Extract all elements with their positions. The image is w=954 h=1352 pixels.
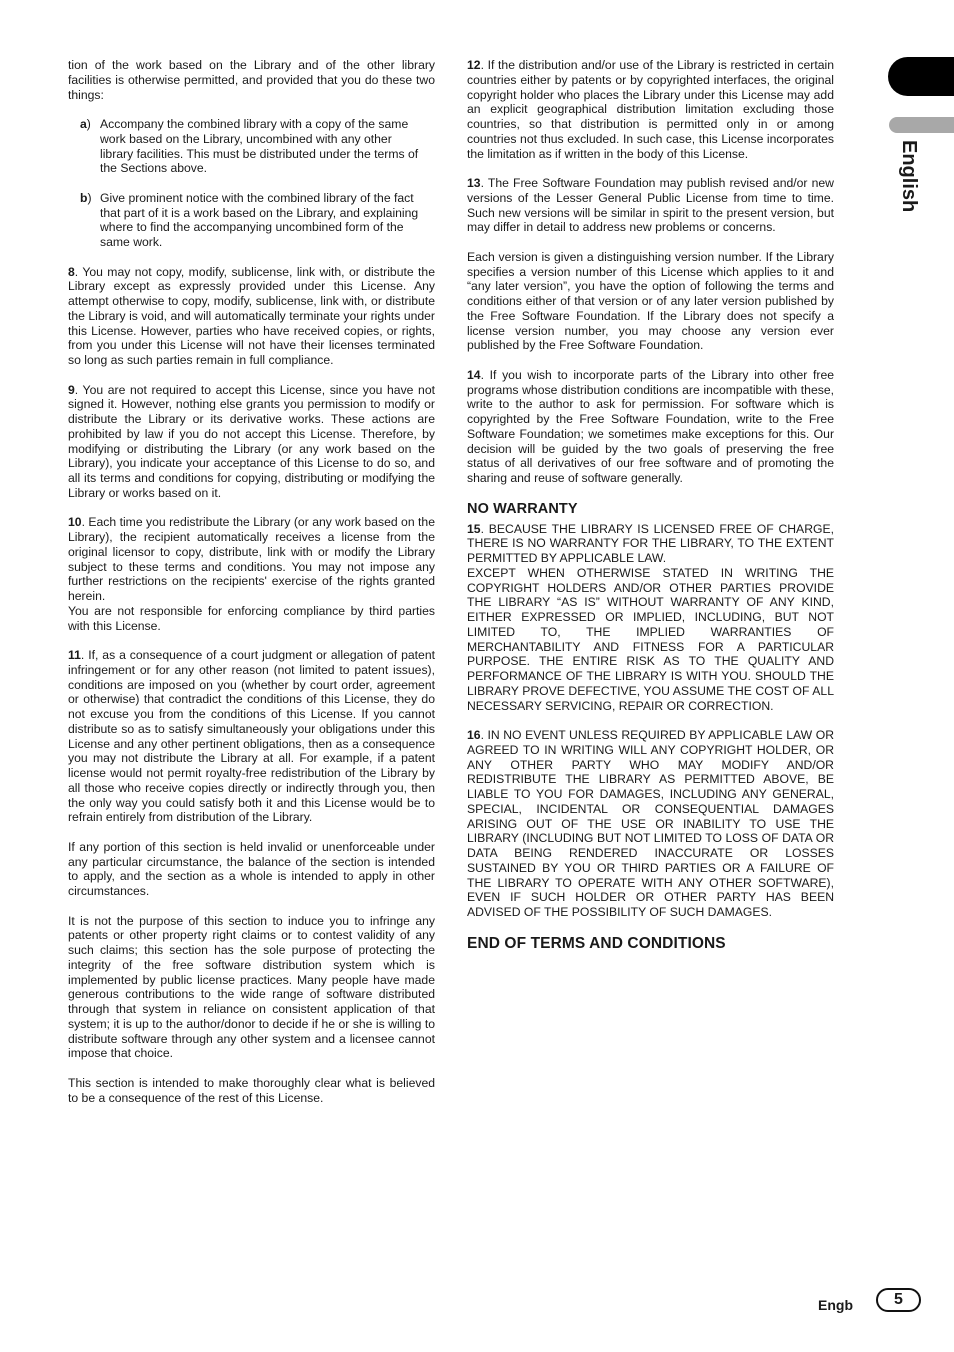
section-16: 16. IN NO EVENT UNLESS REQUIRED BY APPLI… — [467, 728, 834, 920]
section-number: 12 — [467, 58, 481, 72]
section-9: 9. You are not required to accept this L… — [68, 383, 435, 501]
list-item-text: Give prominent notice with the combined … — [100, 191, 419, 250]
section-11: 11. If, as a consequence of a court judg… — [68, 648, 435, 825]
list-marker: b) — [80, 191, 100, 250]
section-15: 15. BECAUSE THE LIBRARY IS LICENSED FREE… — [467, 522, 834, 566]
language-tab-marker — [889, 117, 954, 133]
list-item-b: b) Give prominent notice with the combin… — [80, 191, 435, 250]
section-number: 9 — [68, 383, 75, 397]
section-number: 14 — [467, 368, 481, 382]
list-marker: a) — [80, 117, 100, 176]
right-column: 12. If the distribution and/or use of th… — [467, 58, 834, 956]
section-12: 12. If the distribution and/or use of th… — [467, 58, 834, 161]
language-label-text: English — [897, 140, 921, 212]
version-paragraph: Each version is given a distinguishing v… — [467, 250, 834, 353]
section-8: 8. You may not copy, modify, sublicense,… — [68, 265, 435, 368]
invalid-portion-paragraph: If any portion of this section is held i… — [68, 840, 435, 899]
section-number: 8 — [68, 265, 75, 279]
section-15-extra: EXCEPT WHEN OTHERWISE STATED IN WRITING … — [467, 566, 834, 714]
section-number: 15 — [467, 522, 481, 536]
section-13: 13. The Free Software Foundation may pub… — [467, 176, 834, 235]
section-tab-marker — [888, 57, 954, 96]
language-side-label: English — [897, 140, 921, 220]
section-10-extra: You are not responsible for enforcing co… — [68, 604, 435, 634]
section-number: 11 — [68, 648, 81, 662]
list-item-text: Accompany the combined library with a co… — [100, 117, 419, 176]
section-number: 10 — [68, 515, 82, 529]
no-warranty-heading: NO WARRANTY — [467, 501, 834, 518]
page-number: 5 — [876, 1288, 921, 1312]
intro-paragraph: tion of the work based on the Library an… — [68, 58, 435, 102]
language-code: Engb — [818, 1297, 853, 1313]
list-item-a: a) Accompany the combined library with a… — [80, 117, 435, 176]
left-column: tion of the work based on the Library an… — [68, 58, 435, 1120]
purpose-paragraph: It is not the purpose of this section to… — [68, 914, 435, 1062]
end-of-terms-heading: END OF TERMS AND CONDITIONS — [467, 935, 834, 952]
section-10: 10. Each time you redistribute the Libra… — [68, 515, 435, 604]
section-number: 16 — [467, 728, 481, 742]
section-14: 14. If you wish to incorporate parts of … — [467, 368, 834, 486]
section-number: 13 — [467, 176, 481, 190]
clarity-paragraph: This section is intended to make thoroug… — [68, 1076, 435, 1106]
